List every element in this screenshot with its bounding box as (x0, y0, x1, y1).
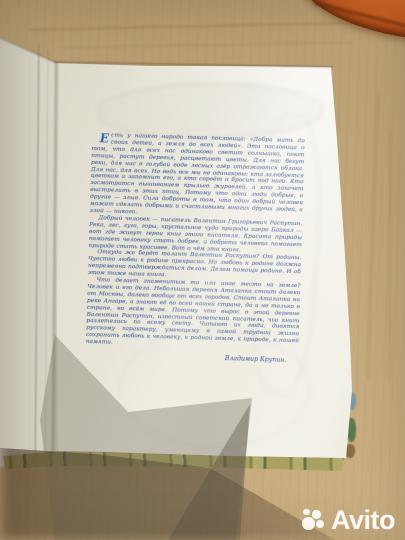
paragraph: Есть у нашего народа такая пословица: «Д… (90, 132, 305, 221)
drop-cap: Е (100, 133, 109, 144)
logo-circle (302, 517, 315, 530)
avito-wordmark: Avito (331, 508, 395, 532)
logo-circle (303, 509, 310, 516)
paragraph: Что делает знаменитым то или иное место … (86, 277, 301, 352)
wood-grain-line (389, 130, 391, 380)
wood-grain-line (367, 90, 379, 380)
wood-grain-line (62, 41, 352, 48)
paragraph-text: сть у нашего народа такая пословица: «До… (90, 133, 305, 216)
avito-watermark: Avito (302, 508, 395, 532)
avito-logo-icon (302, 508, 325, 532)
logo-circle (312, 510, 321, 519)
page-text-block: Есть у нашего народа такая пословица: «Д… (85, 132, 305, 364)
wood-grain-line (28, 21, 388, 31)
logo-circle (316, 520, 324, 528)
listing-photo: Есть у нашего народа такая пословица: «Д… (0, 0, 405, 540)
